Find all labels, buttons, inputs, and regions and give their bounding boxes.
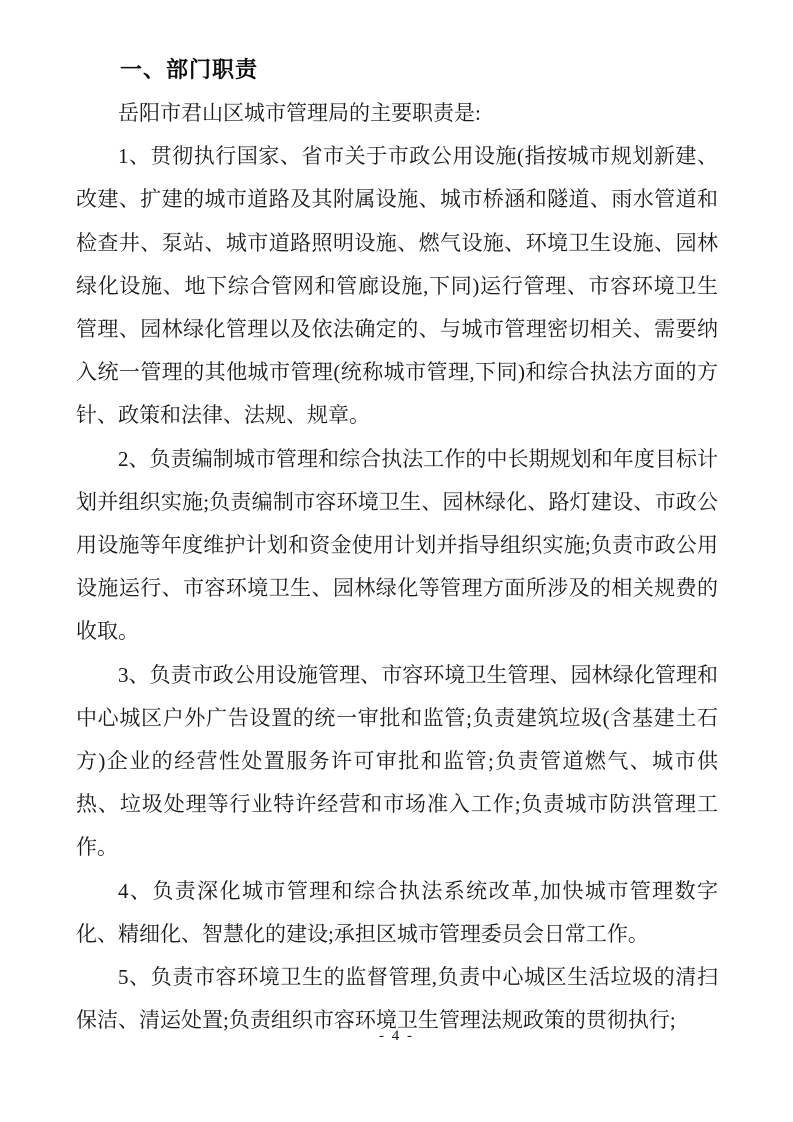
duty-item-3: 3、负责市政公用设施管理、市容环境卫生管理、园林绿化管理和中心城区户外广告设置的… (76, 654, 718, 870)
section-heading: 一、部门职责 (76, 48, 718, 92)
document-body: 一、部门职责 岳阳市君山区城市管理局的主要职责是: 1、贯彻执行国家、省市关于市… (76, 48, 718, 1042)
duty-item-1: 1、贯彻执行国家、省市关于市政公用设施(指按城市规划新建、改建、扩建的城市道路及… (76, 135, 718, 437)
document-page: 一、部门职责 岳阳市君山区城市管理局的主要职责是: 1、贯彻执行国家、省市关于市… (0, 0, 793, 1122)
page-number: - 4 - (0, 1028, 793, 1045)
duty-item-2: 2、负责编制城市管理和综合执法工作的中长期规划和年度目标计划并组织实施;负责编制… (76, 438, 718, 654)
duty-item-4: 4、负责深化城市管理和综合执法系统改革,加快城市管理数字化、精细化、智慧化的建设… (76, 870, 718, 956)
intro-line: 岳阳市君山区城市管理局的主要职责是: (76, 92, 718, 135)
